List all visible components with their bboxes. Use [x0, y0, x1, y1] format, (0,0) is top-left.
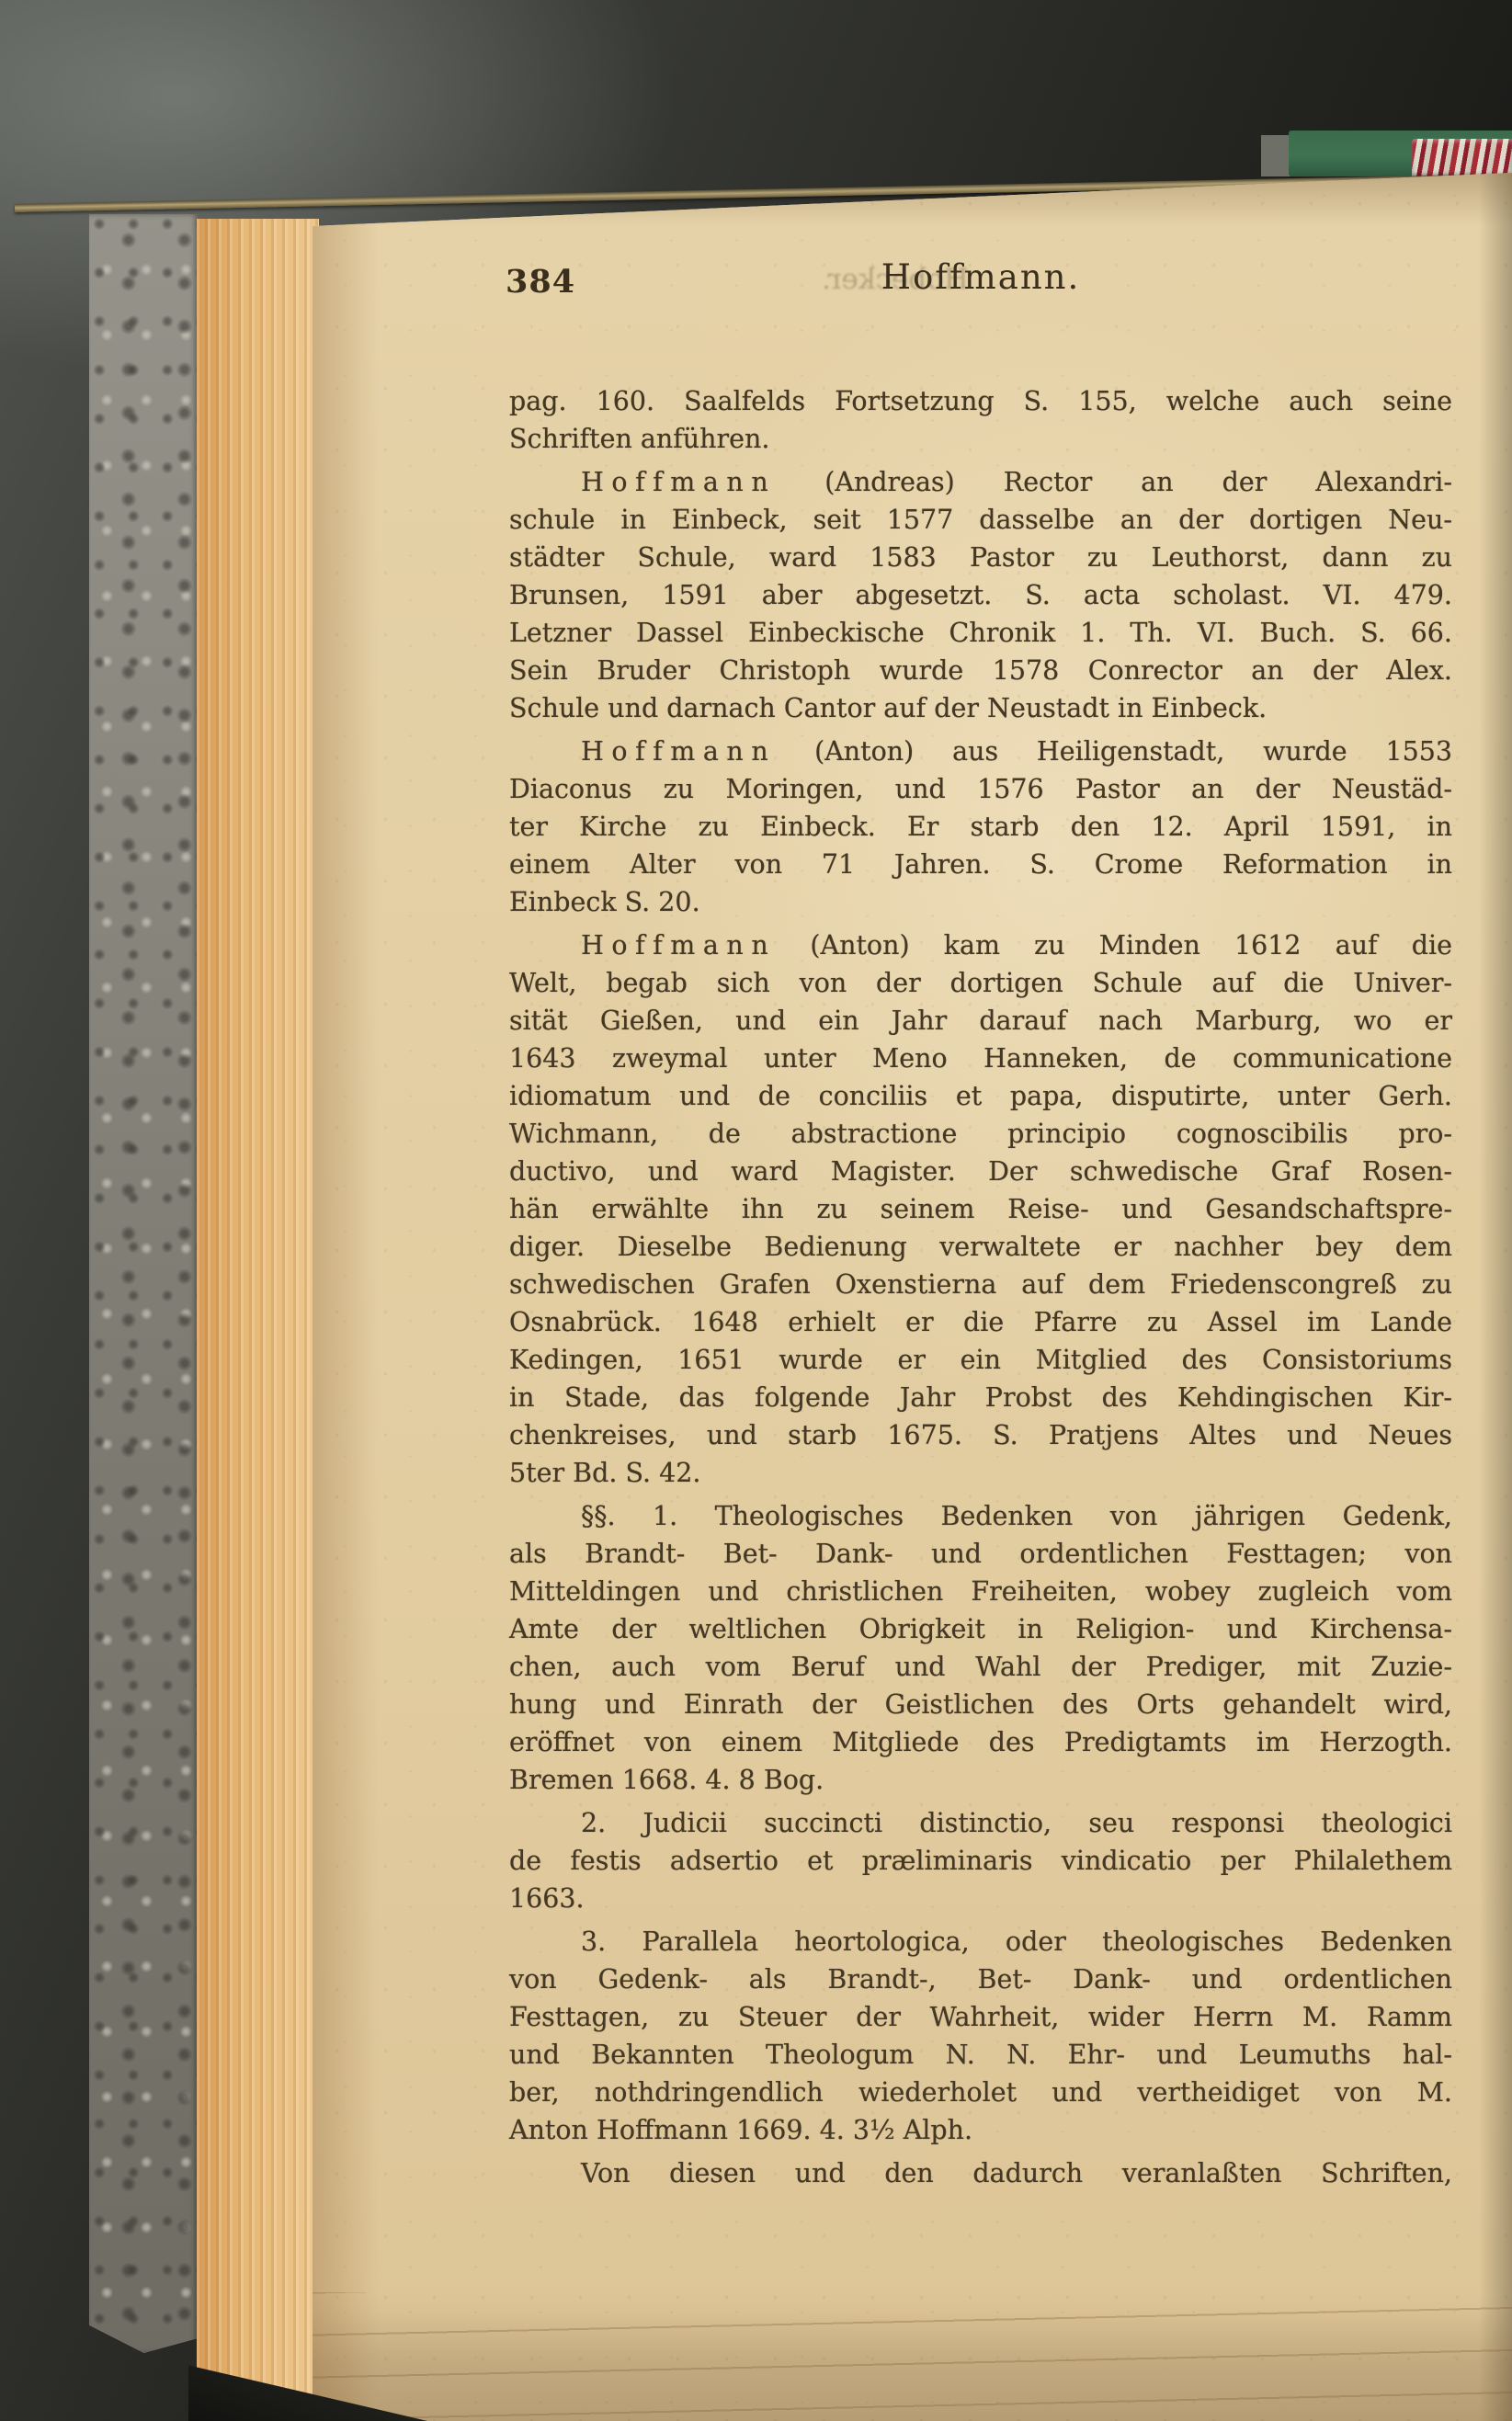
entry-name: Hoffmann [581, 930, 776, 960]
page-title: Hoffmann. [509, 257, 1452, 297]
text-line: von Gedenk- als Brandt-, Bet- Dank- und … [509, 1961, 1452, 1998]
text-line: hän erwählte ihn zu seinem Reise- und Ge… [509, 1190, 1452, 1228]
paragraph: Hoffmann (Anton) aus Heiligenstadt, wurd… [509, 733, 1452, 921]
page-bottom-edges [313, 2292, 1512, 2421]
paragraph: Hoffmann (Andreas) Rector an der Alexand… [509, 463, 1452, 727]
text-line: chen, auch vom Beruf und Wahl der Predig… [509, 1648, 1452, 1686]
text-line: 5ter Bd. S. 42. [509, 1454, 1452, 1492]
text-line: schule in Einbeck, seit 1577 dasselbe an… [509, 501, 1452, 539]
text-line: Bremen 1668. 4. 8 Bog. [509, 1761, 1452, 1799]
paragraph: Von diesen und den dadurch veranlaßten S… [509, 2154, 1452, 2192]
text-line: idiomatum und de conciliis et papa, disp… [509, 1077, 1452, 1115]
body-text: pag. 160. Saalfelds Fortsetzung S. 155, … [509, 382, 1452, 2192]
text-line: Schule und darnach Cantor auf der Neusta… [509, 689, 1452, 727]
text-line: und Bekannten Theologum N. N. Ehr- und L… [509, 2036, 1452, 2074]
paragraph: pag. 160. Saalfelds Fortsetzung S. 155, … [509, 382, 1452, 458]
text-line: städter Schule, ward 1583 Pastor zu Leut… [509, 539, 1452, 576]
text-line: sität Gießen, und ein Jahr darauf nach M… [509, 1002, 1452, 1040]
text-line: Osnabrück. 1648 erhielt er die Pfarre zu… [509, 1303, 1452, 1341]
entry-name: Hoffmann [581, 736, 776, 767]
text-line: §§. 1. Theologisches Bedenken von jährig… [509, 1497, 1452, 1535]
text-line: ter Kirche zu Einbeck. Er starb den 12. … [509, 808, 1452, 846]
book-scan: 384 Hobecker. Hoffmann. pag. 160. Saalfe… [0, 0, 1512, 2421]
text-line: 1663. [509, 1880, 1452, 1917]
text-line: Letzner Dassel Einbeckische Chronik 1. T… [509, 614, 1452, 652]
text-line: Festtagen, zu Steuer der Wahrheit, wider… [509, 1998, 1452, 2036]
text-line: als Brandt- Bet- Dank- und ordentlichen … [509, 1535, 1452, 1573]
text-line: Hoffmann (Anton) kam zu Minden 1612 auf … [509, 926, 1452, 964]
book-spine-edge [1261, 135, 1290, 176]
entry-name: Hoffmann [581, 467, 776, 497]
text-line: 1643 zweymal unter Meno Hanneken, de com… [509, 1040, 1452, 1077]
text-line: eröffnet von einem Mitgliede des Predigt… [509, 1723, 1452, 1761]
paragraph: Hoffmann (Anton) kam zu Minden 1612 auf … [509, 926, 1452, 1492]
page-block-fore-edge [197, 219, 319, 2399]
text-line: Welt, begab sich von der dortigen Schule… [509, 964, 1452, 1002]
paragraph: §§. 1. Theologisches Bedenken von jährig… [509, 1497, 1452, 1799]
text-line: Anton Hoffmann 1669. 4. 3½ Alph. [509, 2111, 1452, 2149]
text-line: Von diesen und den dadurch veranlaßten S… [509, 2154, 1452, 2192]
text-line: ber, nothdringendlich wiederholet und ve… [509, 2074, 1452, 2111]
text-line: chenkreises, und starb 1675. S. Pratjens… [509, 1416, 1452, 1454]
text-line: Einbeck S. 20. [509, 883, 1452, 921]
text-line: ductivo, und ward Magister. Der schwedis… [509, 1153, 1452, 1190]
text-line: Mitteldingen und christlichen Freiheiten… [509, 1573, 1452, 1610]
text-line: hung und Einrath der Geistlichen des Ort… [509, 1686, 1452, 1723]
text-line: Wichmann, de abstractione principio cogn… [509, 1115, 1452, 1153]
text-line-rest: (Anton) aus Heiligenstadt, wurde 1553 [776, 736, 1452, 767]
text-line: 3. Parallela heortologica, oder theologi… [509, 1923, 1452, 1961]
text-line: in Stade, das folgende Jahr Probst des K… [509, 1379, 1452, 1416]
text-line: Diaconus zu Moringen, und 1576 Pastor an… [509, 770, 1452, 808]
red-white-headband [1412, 139, 1512, 178]
paragraph: 2. Judicii succincti distinctio, seu res… [509, 1804, 1452, 1917]
marbled-cover-board [89, 214, 199, 2353]
text-line: Hoffmann (Anton) aus Heiligenstadt, wurd… [509, 733, 1452, 770]
text-line: pag. 160. Saalfelds Fortsetzung S. 155, … [509, 382, 1452, 420]
text-line: schwedischen Grafen Oxenstierna auf dem … [509, 1266, 1452, 1303]
running-head: 384 Hobecker. Hoffmann. [509, 257, 1452, 301]
text-line: Schriften anführen. [509, 420, 1452, 458]
text-line: de festis adsertio et præliminaris vindi… [509, 1842, 1452, 1880]
text-line: 2. Judicii succincti distinctio, seu res… [509, 1804, 1452, 1842]
text-line-rest: (Andreas) Rector an der Alexandri- [776, 467, 1452, 497]
book-page: 384 Hobecker. Hoffmann. pag. 160. Saalfe… [313, 173, 1512, 2421]
text-line: Sein Bruder Christoph wurde 1578 Conrect… [509, 652, 1452, 689]
text-line: Kedingen, 1651 wurde er ein Mitglied des… [509, 1341, 1452, 1379]
text-line: Amte der weltlichen Obrigkeit in Religio… [509, 1610, 1452, 1648]
text-line-rest: (Anton) kam zu Minden 1612 auf die [776, 930, 1452, 960]
text-line: einem Alter von 71 Jahren. S. Crome Refo… [509, 846, 1452, 883]
text-line: Hoffmann (Andreas) Rector an der Alexand… [509, 463, 1452, 501]
text-line: diger. Dieselbe Bedienung verwaltete er … [509, 1228, 1452, 1266]
paragraph: 3. Parallela heortologica, oder theologi… [509, 1923, 1452, 2149]
text-line: Brunsen, 1591 aber abgesetzt. S. acta sc… [509, 576, 1452, 614]
